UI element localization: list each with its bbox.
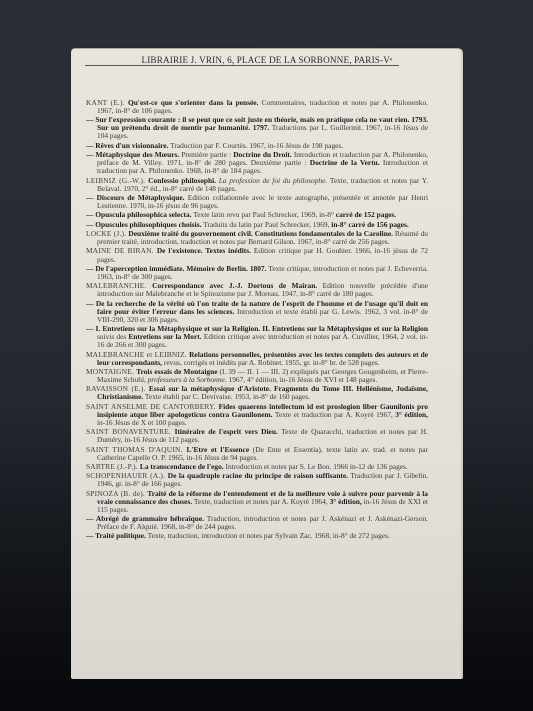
catalog-entry: — De la recherche de la vérité où l'on t… <box>86 300 428 324</box>
entry-dash: — <box>86 220 95 229</box>
catalog-page: LIBRAIRIE J. VRIN, 6, PLACE DE LA SORBON… <box>71 48 463 679</box>
entry-text: Traduits du latin par Paul Schrecker, 19… <box>201 220 331 229</box>
entry-dash: — <box>86 299 96 308</box>
entry-text: Introduction et notes par S. Le Bon. 196… <box>224 462 408 471</box>
publisher-header: LIBRAIRIE J. VRIN, 6, PLACE DE LA SORBON… <box>71 55 463 65</box>
catalog-entry: MAINE DE BIRAN. De l'existence. Textes i… <box>86 247 428 263</box>
catalog-entry: SARTRE (J.-P.). La transcendance de l'eg… <box>86 463 428 471</box>
entry-author: SARTRE (J.-P.). <box>86 462 140 471</box>
entry-italic-text: professeurs à la Sorbonne. <box>148 375 227 384</box>
entry-dash: — <box>86 193 97 202</box>
header-rule <box>85 65 399 66</box>
entry-title: La transcendance de l'ego. <box>140 462 224 471</box>
catalog-entry: — Opuscules philosophiques choisis. Trad… <box>86 221 428 229</box>
entry-title: 3° édition, <box>330 497 362 506</box>
catalog-entry: — De l'aperception immédiate. Mémoire de… <box>86 265 428 281</box>
entry-text: Texte établi par C. Devivaise. 1953, in-… <box>143 392 310 401</box>
catalog-entry: — Opuscula philosophica selecta. Texte l… <box>86 211 428 219</box>
catalog-entry: SAINT ANSELME DE CANTORBERY. Fides quaer… <box>86 403 428 427</box>
entry-text: Texte latin revu par Paul Schrecker, 196… <box>192 210 336 219</box>
catalog-entry: MONTAIGNE. Trois essais de Montaigne (I.… <box>86 368 428 384</box>
entry-text: revus, corrigés et inédits par A. Robine… <box>162 358 379 367</box>
entry-title: carré de 152 pages. <box>336 210 396 219</box>
catalog-entry: — Traité politique. Texte, traduction, i… <box>86 532 428 540</box>
entry-text: Traduction par F. Courtès. 1967, in-16 J… <box>168 141 343 150</box>
entry-dash: — <box>86 531 95 540</box>
entry-text: Texte et traduction par A. Koyré 1967, <box>273 410 396 419</box>
catalog-entry: SPINOZA (B. de). Traité de la réforme de… <box>86 490 428 514</box>
catalog-entry: LEIBNIZ (G.-W.). Confessio philosophi. L… <box>86 177 428 193</box>
entry-dash: — <box>86 514 96 523</box>
catalog-entry: MALEBRANCHE et LEIBNIZ. Relations person… <box>86 351 428 367</box>
entry-title: De l'existence. Textes inédits. <box>157 246 251 255</box>
entry-dash: — <box>86 210 95 219</box>
page-edge <box>460 49 463 679</box>
catalog-entry: — Discours de Métaphysique. Edition coll… <box>86 194 428 210</box>
entry-title: Doctrine de la Vertu. <box>310 158 380 167</box>
entry-title: in-8° carré de 156 pages. <box>331 220 408 229</box>
catalog-entry: — I. Entretiens sur la Métaphysique et s… <box>86 325 428 349</box>
entry-dash: — <box>86 264 95 273</box>
catalog-entry: — Métaphysique des Mœurs. Première parti… <box>86 151 428 175</box>
entry-dash: — <box>86 115 95 124</box>
entry-title: 3° édition, <box>395 410 428 419</box>
entry-title: Rêves d'un visionnaire. <box>95 141 168 150</box>
catalog-entry: MALEBRANCHE. Correspondance avec J.-J. D… <box>86 282 428 298</box>
entry-dash: — <box>86 324 96 333</box>
catalog-entry: SAINT BONAVENTURE. Itinéraire de l'espri… <box>86 428 428 444</box>
catalog-entry: KANT (E.). Qu'est-ce que s'orienter dans… <box>86 99 428 115</box>
entry-title: Opuscula philosophica selecta. <box>95 210 191 219</box>
entry-title: Opuscules philosophiques choisis. <box>95 220 201 229</box>
entry-title: De la quadruple racine du principe de ra… <box>168 471 348 480</box>
entry-text: Texte, traduction, introduction et notes… <box>146 531 390 540</box>
catalog-entry: RAVAISSON (E.). Essai sur la métaphysiqu… <box>86 385 428 401</box>
entry-dash: — <box>86 150 96 159</box>
catalog-entry: SAINT THOMAS D'AQUIN. L'Etre et l'Essenc… <box>86 446 428 462</box>
catalog-entry: — Sur l'expression courante : il se peut… <box>86 116 428 140</box>
catalog-list: KANT (E.). Qu'est-ce que s'orienter dans… <box>86 99 428 542</box>
catalog-entry: LOCKE (J.). Deuxième traité du gouvernem… <box>86 230 428 246</box>
entry-text: Texte, traduction et notes par A. Koyré … <box>192 497 330 506</box>
catalog-entry: — Rêves d'un visionnaire. Traduction par… <box>86 142 428 150</box>
entry-dash: — <box>86 141 95 150</box>
entry-text: in-16 Jésus de X et 100 pages. <box>97 418 187 427</box>
catalog-entry: SCHOPENHAUER (A.). De la quadruple racin… <box>86 472 428 488</box>
entry-title: Traité politique. <box>95 531 146 540</box>
catalog-entry: — Abrégé de grammaire hébraïque. Traduct… <box>86 515 428 531</box>
entry-text: 1967, 4° édition, in-16 Jésus de XVI et … <box>227 375 378 384</box>
